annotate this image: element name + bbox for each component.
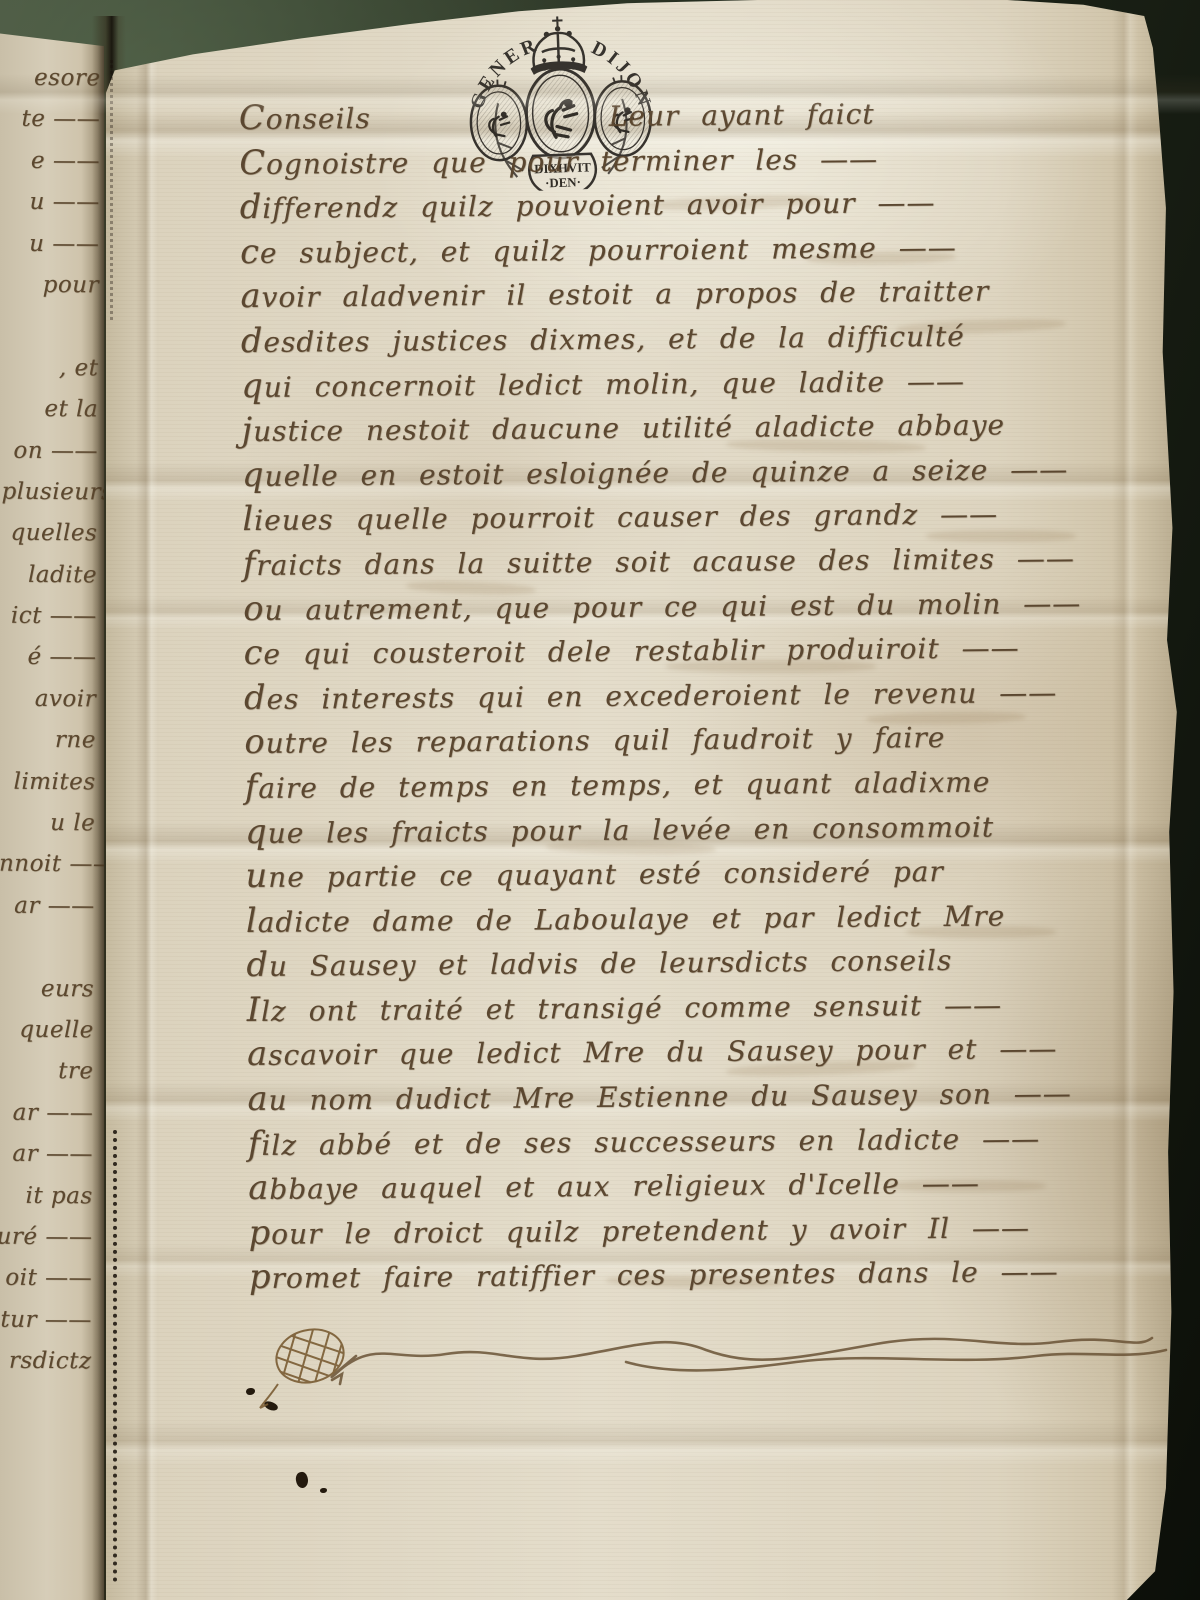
closing-flourish [236,1292,1196,1402]
manuscript-line: filz abbé et de ses successeurs en ladic… [248,1114,1178,1167]
manuscript-line: Cognoistre que pour terminer les —— [239,133,1169,186]
left-page-fragment: tur —— [0,1299,92,1341]
manuscript-line: des interests qui en excederoient le rev… [244,668,1174,721]
paper-crease [106,1420,1192,1466]
manuscript-line: ConseilsLeur ayant faict [239,88,1169,141]
left-page-fragment: limites [0,761,96,803]
ink-spot [320,1488,327,1493]
left-page-fragment: on —— [2,430,98,472]
crosshatch-doodle [248,1318,368,1410]
left-page-fragment: avoir [0,679,96,721]
manuscript-line: lieues quelle pourroit causer des grandz… [242,489,1172,542]
manuscript-line: fraicts dans la suitte soit acause des l… [243,534,1173,587]
left-page-fragment: oit —— [0,1258,92,1300]
manuscript-line: que les fraicts pour la levée en consomm… [245,801,1175,854]
manuscript-line: avoir aladvenir il estoit a propos de tr… [240,266,1170,319]
left-page-fragment: plusieurs [1,472,97,514]
manuscript-line: au nom dudict Mre Estienne du Sausey son… [247,1069,1177,1122]
left-page-fragment: esore [4,58,100,100]
manuscript-line: ou autrement, que pour ce qui est du mol… [243,578,1173,631]
left-page-fragment: ar —— [0,1134,93,1176]
binding-stitches [113,1130,117,1582]
manuscript-line: pour le droict quilz pretendent y avoir … [248,1203,1178,1256]
left-page-fragment: ladite [1,554,97,596]
left-page-fragment: eurs [0,968,94,1010]
text-lines: ConseilsLeur ayant faict Cognoistre que … [239,88,1179,1300]
left-page-fragment: it pas [0,1175,93,1217]
manuscript-page: GENER DIJON [106,0,1192,1600]
left-page-fragments: esorete ——e ——u ——u ——pour, etet laon ——… [0,58,101,1383]
manuscript-line: outre les reparations quil faudroit y fa… [244,712,1174,765]
left-page-fragment: é —— [0,637,96,679]
manuscript-line: desdites justices dixmes, et de la diffi… [241,311,1171,364]
left-page-fragment [0,927,95,969]
manuscript-line: differendz quilz pouvoient avoir pour —— [240,177,1170,230]
manuscript-line: ladicte dame de Laboulaye et par ledict … [246,891,1176,944]
manuscript-line: faire de temps en temps, et quant aladix… [245,757,1175,810]
left-page-fragment: ict —— [1,596,97,638]
opening-word: Conseils [239,102,371,136]
left-page-fragment: tre [0,1051,94,1093]
left-page-fragment: rne [0,720,96,762]
left-page-fragment: te —— [4,99,100,141]
binding-stitches-faint [110,60,113,320]
left-page-fragment: ar —— [0,885,95,927]
left-page-fragment: u —— [3,182,99,224]
left-page-fragment [3,306,99,348]
left-page-fragment: ar —— [0,1092,93,1134]
manuscript-line: abbaye auquel et aux religieux d'Icelle … [248,1158,1178,1211]
left-page-fragment: pour [3,265,99,307]
opening-rest: Leur ayant faict [609,98,875,133]
left-page-fragment: rsdictz [0,1341,92,1383]
left-page-fragment: uré —— [0,1217,93,1259]
manuscript-line: ascavoir que ledict Mre du Sausey pour e… [247,1024,1177,1077]
left-page-fragment: et la [2,389,98,431]
left-page-fragment: nnoit —— [0,844,95,886]
left-page-fragment: e —— [4,140,100,182]
manuscript-line: Ilz ont traité et transigé comme sensuit… [247,980,1177,1033]
left-page-fragment: u —— [3,223,99,265]
ink-spot [294,1471,310,1490]
stamp-gap [371,126,609,128]
manuscript-line: qui concernoit ledict molin, que ladite … [241,356,1171,409]
manuscript-line: ce qui cousteroit dele restablir produir… [243,623,1173,676]
manuscript-photo: esorete ——e ——u ——u ——pour, etet laon ——… [0,0,1200,1600]
left-page-edge: esorete ——e ——u ——u ——pour, etet laon ——… [0,24,104,1600]
manuscript-line: justice nestoit daucune utilité aladicte… [241,400,1171,453]
left-page-fragment: u le [0,803,95,845]
left-page-fragment: quelles [1,513,97,555]
manuscript-line: ce subject, et quilz pourroient mesme —— [240,222,1170,275]
left-page-fragment: quelle [0,1010,94,1052]
paper-crease-vertical [136,0,158,1600]
manuscript-line: quelle en estoit esloignée de quinze a s… [242,445,1172,498]
manuscript-line: une partie ce quayant esté consideré par [245,846,1175,899]
left-page-fragment: , et [2,347,98,389]
